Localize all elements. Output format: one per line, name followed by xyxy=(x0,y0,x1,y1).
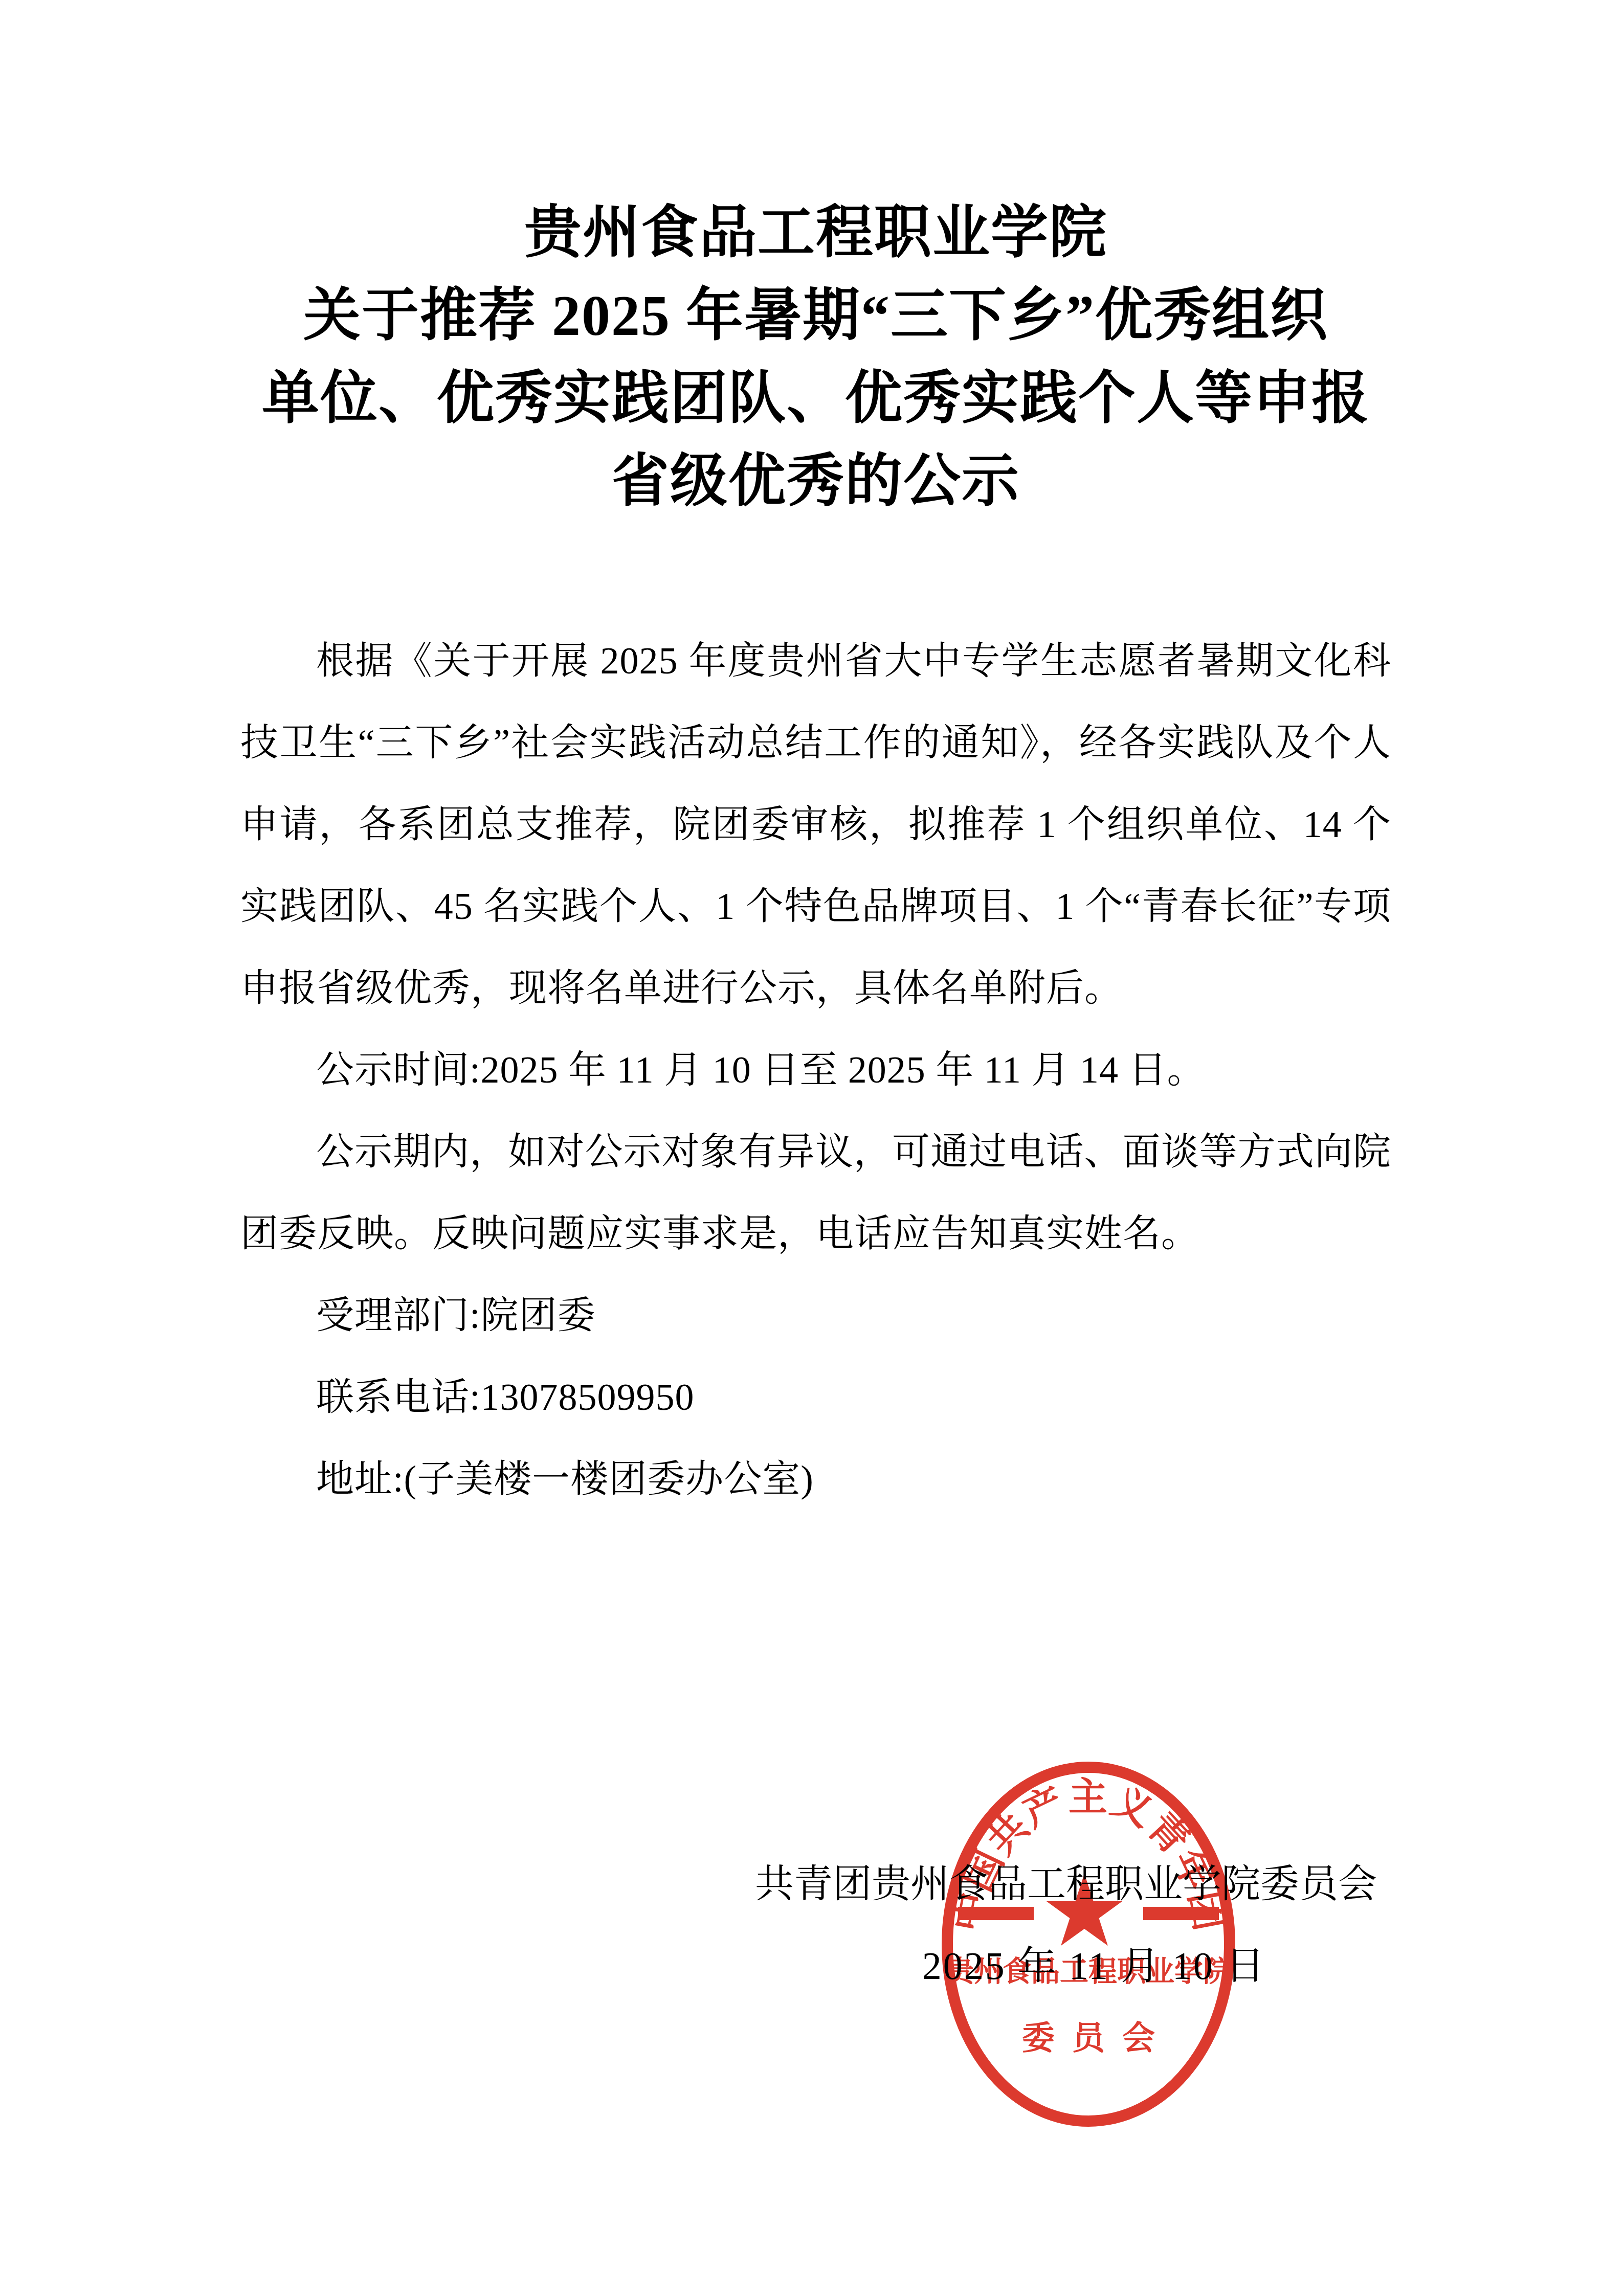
official-seal-stamp: 中国共产主义青年团 贵州食品工程职业学院 委员会 xyxy=(935,1755,1242,2133)
seal-ring xyxy=(947,1767,1230,2121)
paragraph-objection: 公示期内，如对公示对象有异议，可通过电话、面谈等方式向院团委反映。反映问题应实事… xyxy=(240,1111,1391,1275)
seal-left-bar xyxy=(958,1907,1034,1920)
line-accepting-department: 受理部门:院团委 xyxy=(240,1275,1391,1357)
seal-right-bar xyxy=(1143,1907,1219,1920)
title-line-2: 关于推荐 2025 年暑期“三下乡”优秀组织 xyxy=(240,275,1391,357)
seal-org-text: 贵州食品工程职业学院 xyxy=(945,1956,1232,1988)
notice-document-page: 贵州食品工程职业学院 关于推荐 2025 年暑期“三下乡”优秀组织 单位、优秀实… xyxy=(0,0,1624,2296)
seal-committee-text: 委员会 xyxy=(1022,2020,1172,2056)
paragraph-basis: 根据《关于开展 2025 年度贵州省大中专学生志愿者暑期文化科技卫生“三下乡”社… xyxy=(240,620,1391,1029)
line-address: 地址:(子美楼一楼团委办公室) xyxy=(240,1438,1391,1520)
line-contact-phone: 联系电话:13078509950 xyxy=(240,1357,1391,1438)
paragraph-publicity-period: 公示时间:2025 年 11 月 10 日至 2025 年 11 月 14 日。 xyxy=(240,1029,1391,1111)
seal-star-icon xyxy=(1047,1874,1122,1946)
title-line-4: 省级优秀的公示 xyxy=(240,440,1391,523)
document-title: 贵州食品工程职业学院 关于推荐 2025 年暑期“三下乡”优秀组织 单位、优秀实… xyxy=(240,192,1391,523)
document-content: 贵州食品工程职业学院 关于推荐 2025 年暑期“三下乡”优秀组织 单位、优秀实… xyxy=(240,192,1391,1520)
notice-body: 根据《关于开展 2025 年度贵州省大中专学生志愿者暑期文化科技卫生“三下乡”社… xyxy=(240,620,1391,1520)
title-line-1: 贵州食品工程职业学院 xyxy=(240,192,1391,275)
title-line-3: 单位、优秀实践团队、优秀实践个人等申报 xyxy=(240,357,1391,440)
